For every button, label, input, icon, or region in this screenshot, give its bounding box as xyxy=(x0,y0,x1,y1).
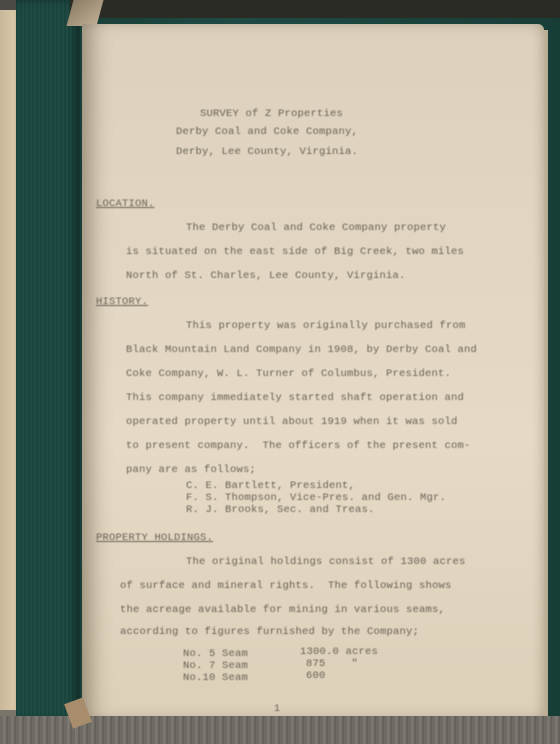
history-line-2: Black Mountain Land Company in 1908, by … xyxy=(126,344,477,357)
heading-history: HISTORY. xyxy=(96,296,148,309)
history-line-6: to present company. The officers of the … xyxy=(126,440,471,453)
title-line-2: Derby Coal and Coke Company, xyxy=(176,126,358,139)
heading-location: LOCATION. xyxy=(96,198,155,211)
history-line-4: This company immediately started shaft o… xyxy=(126,392,464,405)
binder-top-edge xyxy=(70,0,560,18)
officer-3: R. J. Brooks, Sec. and Treas. xyxy=(186,504,375,517)
seam-acres-3: 600 xyxy=(306,670,326,683)
page-number: 1 xyxy=(274,703,280,716)
location-line-1: The Derby Coal and Coke Company property xyxy=(186,222,446,235)
history-line-3: Coke Company, W. L. Turner of Columbus, … xyxy=(126,368,451,381)
binder-spine xyxy=(16,0,80,722)
history-line-7: pany are as follows; xyxy=(126,464,256,477)
location-line-3: North of St. Charles, Lee County, Virgin… xyxy=(126,270,406,283)
title-line-3: Derby, Lee County, Virginia. xyxy=(176,146,358,159)
heading-property-holdings: PROPERTY HOLDINGS. xyxy=(96,532,213,545)
holdings-line-2: of surface and mineral rights. The follo… xyxy=(120,580,452,593)
holdings-line-4: according to figures furnished by the Co… xyxy=(120,626,419,639)
location-line-2: is situated on the east side of Big Cree… xyxy=(126,246,464,259)
holdings-line-3: the acreage available for mining in vari… xyxy=(120,604,445,617)
history-line-1: This property was originally purchased f… xyxy=(186,320,466,333)
seam-name-3: No.10 Seam xyxy=(183,672,248,685)
title-line-1: SURVEY of Z Properties xyxy=(200,108,343,121)
holdings-line-1: The original holdings consist of 1300 ac… xyxy=(186,556,466,569)
history-line-5: operated property until about 1919 when … xyxy=(126,416,458,429)
